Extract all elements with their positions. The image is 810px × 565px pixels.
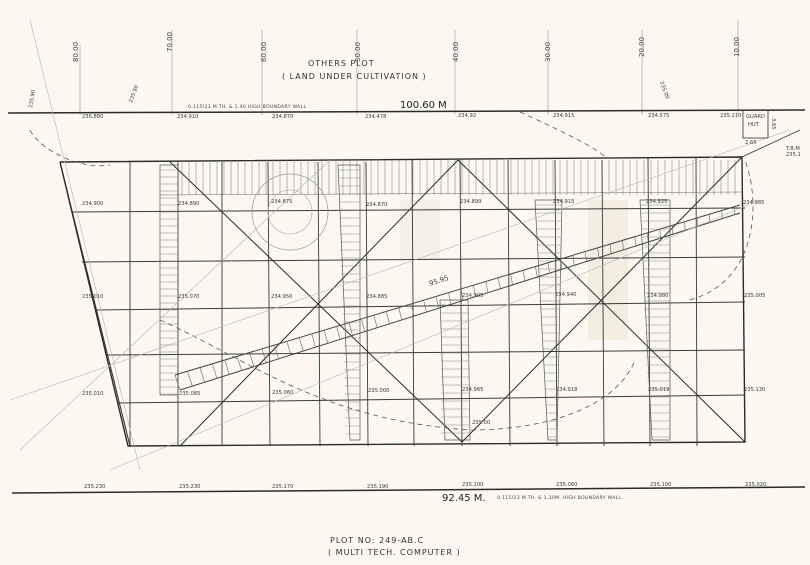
chainage-label: 60.00 <box>260 42 268 62</box>
level-row3: 235.019 <box>648 387 669 393</box>
top-boundary-length: 100.60 M <box>400 100 447 111</box>
level-row3: 234.918 <box>556 387 577 393</box>
level-bottom: 235.230 <box>84 484 105 490</box>
level-row3: 235.085 <box>179 391 200 397</box>
level-row2: 234.950 <box>271 294 292 300</box>
neighbour-plot-subtitle: ( LAND UNDER CULTIVATION ) <box>282 72 427 81</box>
contour-label: 235.90 <box>128 85 140 104</box>
contour-label: 235.00 <box>658 81 670 100</box>
top-wall-note: 0.115/23 M.TH. & 1.40 HIGH BOUNDARY WALL <box>188 104 306 110</box>
plot-owner: ( MULTI TECH. COMPUTER ) <box>328 548 461 557</box>
level-top: 234.910 <box>177 114 198 120</box>
chainage-label: 10.00 <box>733 37 741 57</box>
plot-number: PLOT NO: 249-AB.C <box>330 536 424 545</box>
guard-hut-dimension: 3.65 <box>770 118 776 130</box>
level-row2: 235.005 <box>744 293 765 299</box>
level-row3: 235.060 <box>272 390 293 396</box>
level-top: 235.880 <box>82 114 103 120</box>
chainage-label: 30.00 <box>544 42 552 62</box>
guard-hut-dimension: 2.65 <box>745 140 757 146</box>
level-top: 234.870 <box>272 114 293 120</box>
level-row3: 235.130 <box>744 387 765 393</box>
level-bottom: 235.100 <box>462 482 483 488</box>
guard-hut-label: HUT <box>748 122 760 128</box>
level-top: 235.210 <box>720 113 741 119</box>
level-row2: 235.070 <box>178 294 199 300</box>
tbm-value: 235.1 <box>786 152 801 158</box>
level-bottom: 235.020 <box>745 482 766 488</box>
level-row2: 234.905 <box>462 293 483 299</box>
level-row1: 234.875 <box>271 199 292 205</box>
diagonal-dimension: 95.95 <box>428 274 450 288</box>
chainage-label: 80.00 <box>72 42 80 62</box>
level-top: 234.915 <box>553 113 574 119</box>
level-row2: 234.980 <box>647 293 668 299</box>
drawing-annotations: 80.00 70.00 60.00 50.00 40.00 30.00 20.0… <box>0 0 810 565</box>
bottom-wall-note: 0.115/23 M.TH. & 1.30M. HIGH BOUNDARY WA… <box>497 495 622 501</box>
level-bottom: 235.170 <box>272 484 293 490</box>
level-row1: 234.899 <box>460 199 481 205</box>
level-row3: 235.000 <box>368 388 389 394</box>
bottom-boundary-length: 92.45 M. <box>442 493 486 504</box>
level-top: 234.478 <box>365 114 386 120</box>
level-bottom: 235.190 <box>367 484 388 490</box>
level-row1: 234.890 <box>178 201 199 207</box>
level-bottom: 235.060 <box>556 482 577 488</box>
level-row2: 235.010 <box>82 294 103 300</box>
survey-drawing-sheet: 80.00 70.00 60.00 50.00 40.00 30.00 20.0… <box>0 0 810 565</box>
level-row2: 234.940 <box>555 292 576 298</box>
chainage-label: 20.00 <box>638 37 646 57</box>
level-row1: 234.925 <box>646 199 667 205</box>
guard-hut-label: GUARD <box>746 114 765 120</box>
chainage-label: 40.00 <box>452 42 460 62</box>
level-row1: 234.985 <box>743 200 764 206</box>
level-bottom: 235.100 <box>650 482 671 488</box>
level-row3: 234.965 <box>462 387 483 393</box>
neighbour-plot-title: OTHERS PLOT <box>308 59 375 68</box>
level-top: 234.575 <box>648 113 669 119</box>
level-bottom: 235.230 <box>179 484 200 490</box>
level-row1: 234.900 <box>82 201 103 207</box>
level-top: 234.92 <box>458 113 476 119</box>
level-row1: 234.870 <box>366 202 387 208</box>
level-row1: 234.915 <box>553 199 574 205</box>
level-row2: 234.885 <box>366 294 387 300</box>
contour-label: 235.90 <box>28 89 37 108</box>
level-row3: 235.010 <box>82 391 103 397</box>
contour-label: 235.00 <box>472 420 490 426</box>
chainage-label: 70.00 <box>166 32 174 52</box>
